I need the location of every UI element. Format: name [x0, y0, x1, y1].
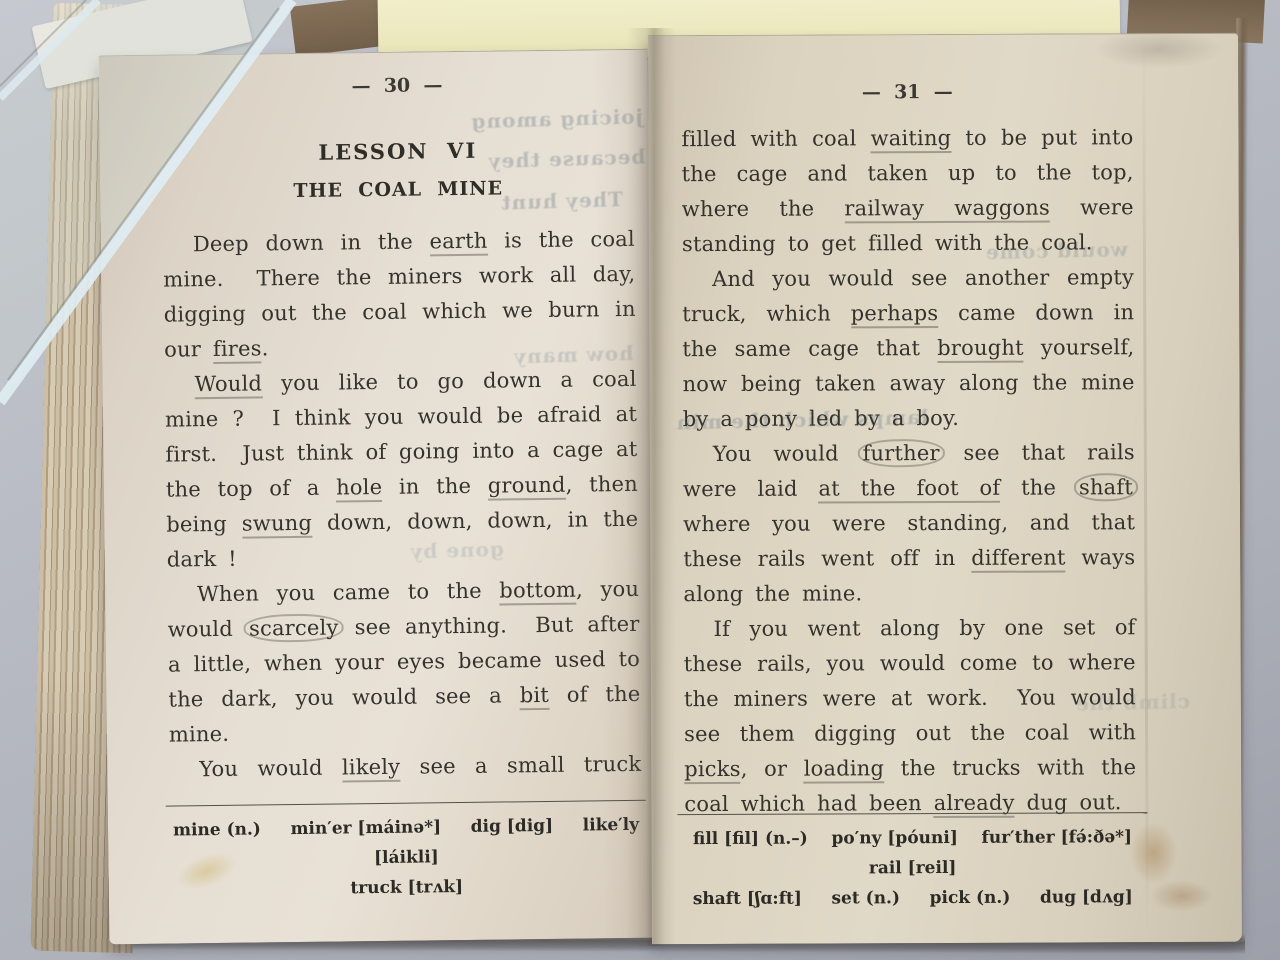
ghost-text: how many [513, 341, 634, 369]
pencil-marked-word: earth [429, 229, 487, 257]
book-page-left: — 30 — LESSON VI THE COAL MINE joicing a… [99, 49, 659, 945]
page-number-left: — 30 — [161, 72, 633, 100]
pencil-marked-word: Would [194, 371, 262, 399]
text-segment: When you came to the [197, 579, 499, 607]
text-segment: is the coal mine. There the miners work … [163, 227, 648, 362]
vocab-line: mine (n.) min′er [máinə*] dig [dig] like… [166, 810, 647, 876]
pencil-marked-word: different [971, 545, 1065, 572]
vocabulary-right: fill [fil] (n.–) po′ny [póuni] fur′ther … [677, 812, 1147, 914]
pencil-marked-word: swung [242, 511, 313, 539]
body-text-right: filled with coal waiting to be put into … [681, 120, 1136, 822]
paragraph-1: filled with coal waiting to be put into … [681, 120, 1134, 262]
text-segment: see a small truck [400, 752, 641, 779]
ghost-text: joicing among [470, 104, 643, 133]
text-segment: of the mine. [169, 682, 653, 747]
paragraph-4: You would likely see a small truck [169, 747, 641, 788]
text-segment: down, down, down, in the dark ! [167, 507, 651, 572]
stain [1096, 33, 1222, 69]
pencil-marked-word: bottom [499, 578, 576, 606]
pencil-marked-word: further [857, 439, 944, 467]
pencil-marked-word: shaft [1074, 473, 1138, 501]
text-segment: You would [199, 755, 342, 781]
text-segment: filled with coal [681, 126, 870, 151]
vocab-line: fill [fil] (n.–) po′ny [póuni] fur′ther … [677, 822, 1147, 884]
text-segment: If you went along by one set of these ra… [684, 615, 1148, 746]
text-segment: You would [713, 441, 861, 466]
text-segment: Deep down in the [193, 229, 430, 256]
text-segment: you like to go down a coal mine ? I thin… [165, 367, 650, 502]
paragraph-4: If you went along by one set of these ra… [684, 610, 1137, 822]
pencil-marked-word: fires [213, 336, 262, 364]
paragraph-1: Deep down in the earth is the coal mine.… [163, 222, 637, 368]
pencil-marked-word: waiting [871, 126, 952, 153]
pencil-marked-word: at the foot of [818, 476, 1000, 504]
text-segment: , then being [166, 472, 650, 537]
pencil-marked-word: loading [804, 756, 885, 783]
paragraph-2: And you would see another empty truck, w… [682, 260, 1135, 437]
text-segment: dug out. [1015, 790, 1122, 814]
pencil-marked-word: railway waggons [844, 196, 1050, 224]
pencil-marked-word: perhaps [851, 301, 939, 328]
vocab-line: truck [trʌk] [167, 870, 647, 906]
body-text-left: Deep down in the earth is the coal mine.… [163, 222, 642, 788]
text-segment: see anything. But after a little, when y… [168, 612, 652, 712]
paragraph-3: You would further see that rails were la… [683, 435, 1136, 612]
text-segment: , you would [167, 577, 651, 642]
page-crease [1142, 34, 1149, 942]
pencil-marked-word: bit [520, 683, 550, 710]
text-segment: in the [382, 474, 488, 499]
paragraph-2: Would you like to go down a coal mine ? … [164, 362, 639, 578]
paragraph-3: When you came to the bottom, you would s… [167, 572, 641, 753]
book-page-right: — 31 — would come lamps which the min cl… [648, 33, 1242, 945]
pencil-marked-word: picks [684, 757, 741, 784]
pencil-marked-word: hole [336, 475, 382, 503]
pencil-marked-word: ground [488, 473, 566, 501]
ghost-text: gone by [409, 537, 504, 564]
pencil-marked-word: scarcely [244, 613, 344, 642]
text-segment: the [1000, 475, 1077, 499]
stain [1150, 880, 1214, 912]
vocabulary-left: mine (n.) min′er [máinə*] dig [dig] like… [166, 800, 647, 906]
lesson-title: LESSON VI [162, 136, 634, 167]
pencil-marked-word: likely [342, 755, 401, 783]
pencil-marked-word: brought [937, 336, 1024, 363]
vocab-line: shaft [ʃɑ:ft] set (n.) pick (n.) dug [dʌ… [678, 882, 1148, 914]
lesson-subtitle: THE COAL MINE [162, 176, 634, 204]
text-segment: . [262, 336, 269, 360]
page-number-right: — 31 — [681, 80, 1133, 104]
text-segment: , or [741, 757, 804, 781]
ghost-text: They hunt [500, 187, 623, 215]
stain [171, 845, 242, 898]
photo-scene: — 30 — LESSON VI THE COAL MINE joicing a… [0, 0, 1280, 960]
vocab-divider [166, 800, 646, 807]
ghost-text: because they [487, 144, 645, 173]
